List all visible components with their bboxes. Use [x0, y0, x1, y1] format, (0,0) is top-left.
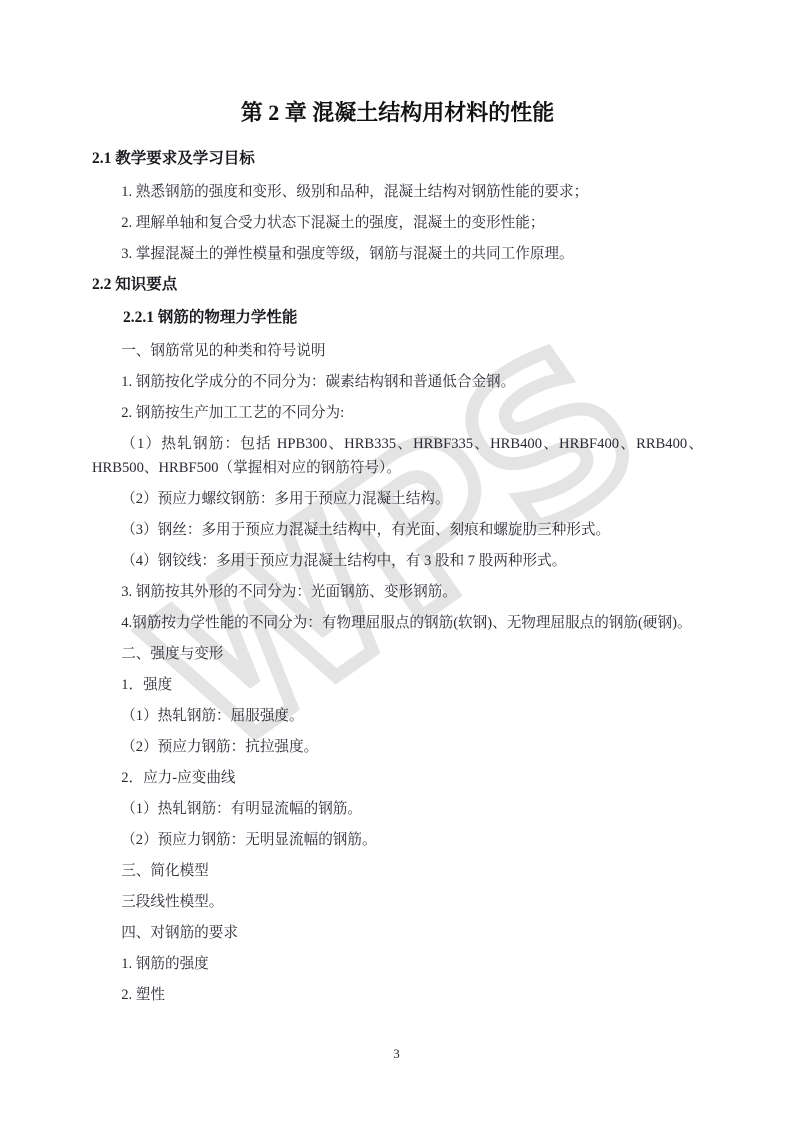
paragraph: 3. 钢筋按其外形的不同分为：光面钢筋、变形钢筋。: [92, 580, 703, 604]
paragraph: 2. 钢筋按生产加工工艺的不同分为:: [92, 401, 703, 425]
paragraph: 三段线性模型。: [92, 890, 703, 914]
paragraph: （2）预应力钢筋：抗拉强度。: [92, 735, 703, 759]
paragraph: 2．应力-应变曲线: [92, 766, 703, 790]
paragraph: 2. 塑性: [92, 983, 703, 1007]
paragraph: 4.钢筋按力学性能的不同分为：有物理屈服点的钢筋(软钢)、无物理屈服点的钢筋(硬…: [92, 611, 703, 635]
paragraph: 1．强度: [92, 673, 703, 697]
paragraph: 2. 理解单轴和复合受力状态下混凝土的强度，混凝土的变形性能；: [92, 211, 703, 235]
paragraph: 四、对钢筋的要求: [92, 921, 703, 945]
paragraph: 1. 钢筋的强度: [92, 952, 703, 976]
document-content: 第 2 章 混凝土结构用材料的性能 2.1 教学要求及学习目标1. 熟悉钢筋的强…: [0, 0, 793, 1007]
document-page: WPS 第 2 章 混凝土结构用材料的性能 2.1 教学要求及学习目标1. 熟悉…: [0, 0, 793, 1122]
paragraph: 一、钢筋常见的种类和符号说明: [92, 339, 703, 363]
paragraph: （1）热轧钢筋：有明显流幅的钢筋。: [92, 797, 703, 821]
paragraph: （2）预应力螺纹钢筋：多用于预应力混凝土结构。: [92, 487, 703, 511]
paragraph: 1. 熟悉钢筋的强度和变形、级别和品种，混凝土结构对钢筋性能的要求；: [92, 180, 703, 204]
section-heading: 2.2 知识要点: [92, 273, 703, 297]
page-number: 3: [0, 1046, 793, 1062]
section-heading: 2.1 教学要求及学习目标: [92, 147, 703, 171]
paragraph: 三、简化模型: [92, 859, 703, 883]
paragraph: （1）热轧钢筋：屈服强度。: [92, 704, 703, 728]
paragraph-list: 2.1 教学要求及学习目标1. 熟悉钢筋的强度和变形、级别和品种，混凝土结构对钢…: [92, 147, 703, 1007]
chapter-title: 第 2 章 混凝土结构用材料的性能: [92, 97, 703, 129]
paragraph: （2）预应力钢筋：无明显流幅的钢筋。: [92, 828, 703, 852]
paragraph: 二、强度与变形: [92, 642, 703, 666]
paragraph: （4）钢铰线：多用于预应力混凝土结构中，有 3 股和 7 股两种形式。: [92, 549, 703, 573]
section-heading: 2.2.1 钢筋的物理力学性能: [92, 306, 703, 330]
paragraph: （1）热轧钢筋：包括 HPB300、HRB335、HRBF335、HRB400、…: [92, 432, 703, 480]
paragraph: 1. 钢筋按化学成分的不同分为：碳素结构钢和普通低合金钢。: [92, 370, 703, 394]
paragraph: （3）钢丝：多用于预应力混凝土结构中，有光面、刻痕和螺旋肋三种形式。: [92, 518, 703, 542]
paragraph: 3. 掌握混凝土的弹性模量和强度等级，钢筋与混凝土的共同工作原理。: [92, 242, 703, 266]
